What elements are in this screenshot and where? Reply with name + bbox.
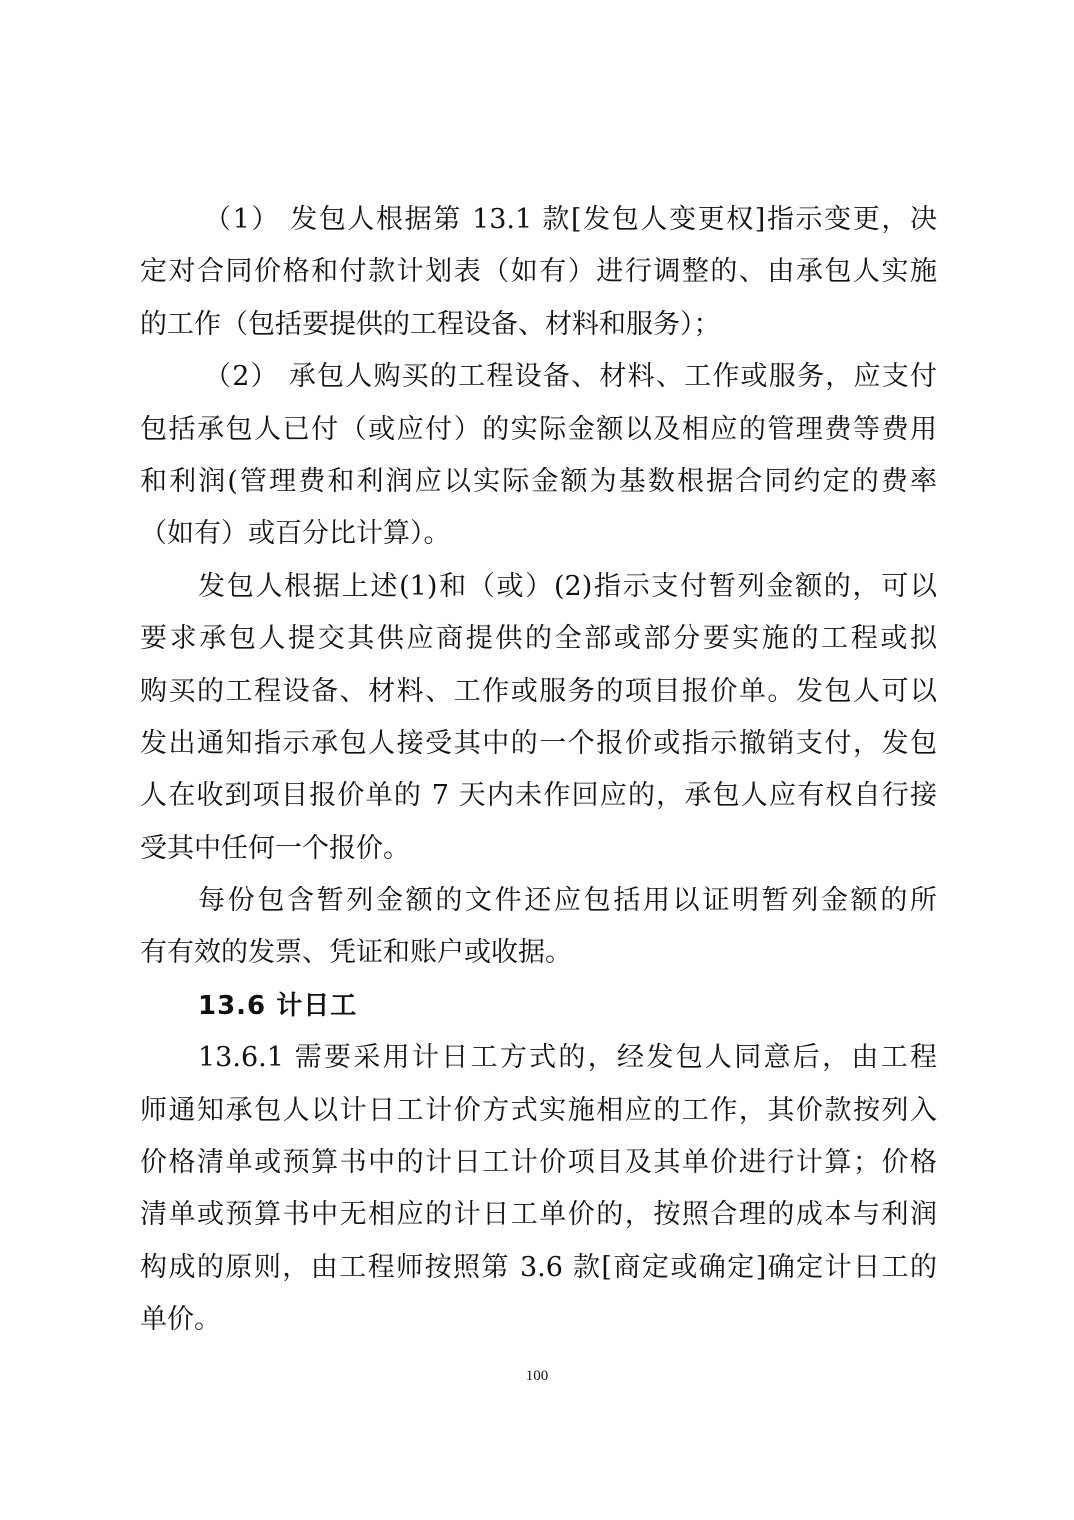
section-heading: 13.6 计日工 [140, 980, 937, 1032]
text-line: 发出通知指示承包人接受其中的一个报价或指示撤销支付，发包 [140, 718, 937, 770]
page-number: 100 [0, 1368, 1074, 1385]
paragraph-quotation: 发包人根据上述(1)和（或）(2)指示支付暂列金额的，可以 要求承包人提交其供应… [140, 561, 937, 875]
text-line: 每份包含暂列金额的文件还应包括用以证明暂列金额的所 [140, 875, 937, 927]
text-line: 定对合同价格和付款计划表（如有）进行调整的、由承包人实施 [140, 246, 937, 298]
text-line: 和利润(管理费和利润应以实际金额为基数根据合同约定的费率 [140, 456, 937, 508]
paragraph-clause-13-6-1: 13.6.1 需要采用计日工方式的，经发包人同意后，由工程 师通知承包人以计日工… [140, 1032, 937, 1346]
document-page: （1） 发包人根据第 13.1 款[发包人变更权]指示变更，决 定对合同价格和付… [140, 194, 937, 1347]
text-line: 的工作（包括要提供的工程设备、材料和服务）； [140, 299, 937, 351]
text-line: 发包人根据上述(1)和（或）(2)指示支付暂列金额的，可以 [140, 561, 937, 613]
text-line: （1） 发包人根据第 13.1 款[发包人变更权]指示变更，决 [140, 194, 937, 246]
text-line: 构成的原则，由工程师按照第 3.6 款[商定或确定]确定计日工的 [140, 1242, 937, 1294]
paragraph-item-1: （1） 发包人根据第 13.1 款[发包人变更权]指示变更，决 定对合同价格和付… [140, 194, 937, 351]
text-line: 人在收到项目报价单的 7 天内未作回应的，承包人应有权自行接 [140, 770, 937, 822]
text-line: 13.6.1 需要采用计日工方式的，经发包人同意后，由工程 [140, 1032, 937, 1084]
paragraph-invoices: 每份包含暂列金额的文件还应包括用以证明暂列金额的所 有有效的发票、凭证和账户或收… [140, 875, 937, 980]
text-line: （如有）或百分比计算）。 [140, 508, 937, 560]
paragraph-item-2: （2） 承包人购买的工程设备、材料、工作或服务，应支付 包括承包人已付（或应付）… [140, 351, 937, 561]
text-line: 价格清单或预算书中的计日工计价项目及其单价进行计算；价格 [140, 1137, 937, 1189]
text-line: 有有效的发票、凭证和账户或收据。 [140, 927, 937, 979]
text-line: （2） 承包人购买的工程设备、材料、工作或服务，应支付 [140, 351, 937, 403]
text-line: 清单或预算书中无相应的计日工单价的，按照合理的成本与利润 [140, 1189, 937, 1241]
text-line: 要求承包人提交其供应商提供的全部或部分要实施的工程或拟 [140, 613, 937, 665]
text-line: 购买的工程设备、材料、工作或服务的项目报价单。发包人可以 [140, 666, 937, 718]
text-line: 包括承包人已付（或应付）的实际金额以及相应的管理费等费用 [140, 404, 937, 456]
text-line: 单价。 [140, 1294, 937, 1346]
text-line: 师通知承包人以计日工计价方式实施相应的工作，其价款按列入 [140, 1085, 937, 1137]
text-line: 受其中任何一个报价。 [140, 823, 937, 875]
